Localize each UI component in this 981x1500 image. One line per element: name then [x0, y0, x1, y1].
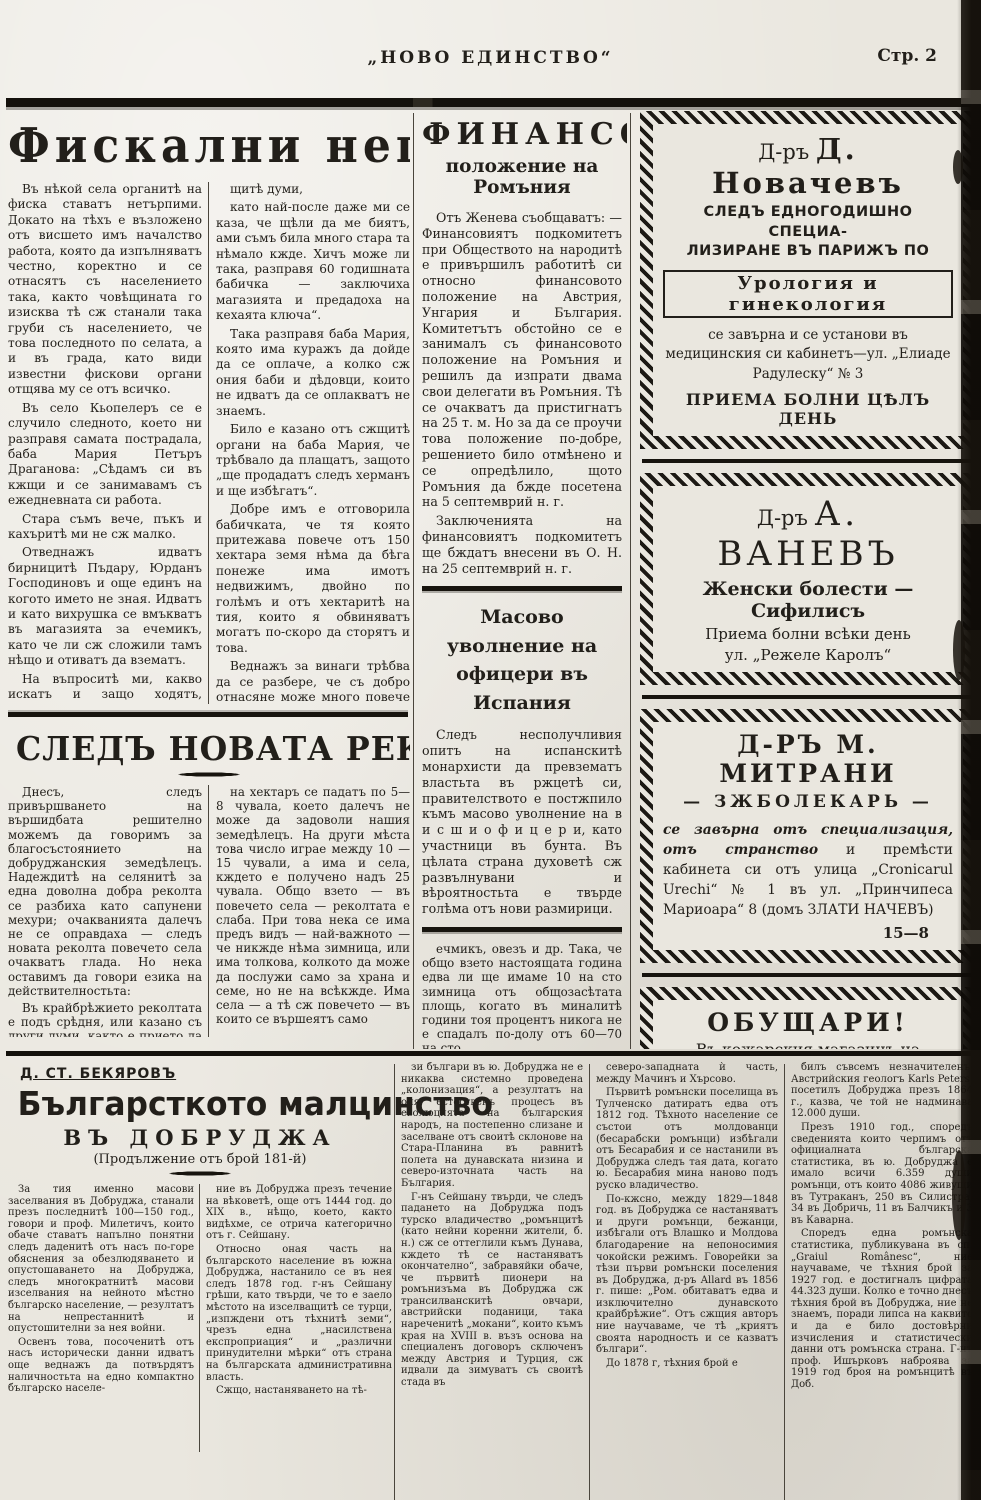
ad-separator-rule	[642, 459, 974, 463]
column-divider	[630, 113, 631, 1049]
ad-hours-line: Приема болни всѣки день	[663, 625, 953, 643]
ad-run-number: 15—8	[663, 924, 953, 942]
bottom-col-5: билъ съвсемъ незначителенъ. Австрийския …	[787, 1062, 977, 1500]
column-divider	[784, 1064, 785, 1500]
ornament-divider	[172, 772, 246, 777]
spain-title: Масово уволнение на офицери въ Испания	[428, 603, 616, 717]
harvest-col-2: на хектаръ се падатъ по 5—8 чувала, коет…	[208, 785, 410, 1037]
paragraph: Първитѣ ромънски поселища въ Тулченско д…	[596, 1087, 778, 1191]
paragraph: Отъ Женева съобщаватъ: — Финансовиятъ по…	[422, 210, 622, 510]
masthead: „НОВО ЕДИНСТВО“ Стр. 2	[0, 0, 981, 94]
paragraph: Въ село Кьопелеръ се е случило следното,…	[8, 401, 202, 509]
author-byline: Д. СТ. БЕКЯРОВЪ	[20, 1066, 392, 1082]
spec-line-2: ЛИЗИРАНЕ ВЪ ПАРИЖЪ ПО	[687, 243, 930, 259]
finance-title: ФИНАНСОВОТО	[422, 117, 622, 152]
masthead-rule	[6, 98, 975, 107]
paragraph: Отведнажъ идватъ бирницитѣ Пъдару, Юрдан…	[8, 545, 202, 668]
continuation-note: (Продължение отъ брой 181-й)	[8, 1152, 392, 1167]
spec-line-1: СЛЕДЪ ЕДНОГОДИШНО СПЕЦИА-	[704, 204, 913, 240]
ornament-divider	[163, 1171, 237, 1176]
ad-body-text: се завърна и се установи въ медицинския …	[663, 326, 953, 385]
harvest-continuation: ечмикъ, овезъ и др. Така, че общо взето …	[422, 942, 622, 1049]
ad-vanev: Д-ръ А. ВАНЕВЪ Женски болести — Сифилисъ…	[640, 473, 976, 685]
finance-body: Отъ Женева съобщаватъ: — Финансовиятъ по…	[422, 210, 622, 576]
fiscal-col-1: Въ нѣкой села органитѣ на фиска ставатъ …	[8, 182, 208, 704]
scan-smudge	[952, 1150, 966, 1240]
doctor-prefix: Д-ръ	[757, 506, 808, 530]
paragraph: По-кжсно, между 1829—1848 год. въ Добруд…	[596, 1194, 778, 1356]
paragraph: ечмикъ, овезъ и др. Така, че общо взето …	[422, 942, 622, 1049]
ad-dzhendov-inner: ОБУЩАРИ! Въ кожарския магазинъ на ТОДОРЪ…	[653, 1000, 963, 1049]
main-content: Фискални неправди Въ нѣкой села органитѣ…	[0, 107, 981, 1049]
ads-column: Д-ръ Д. Новачевъ СЛЕДЪ ЕДНОГОДИШНО СПЕЦИ…	[634, 107, 980, 1049]
bottom-section-rule	[6, 1051, 975, 1056]
section-rule	[8, 712, 408, 717]
ad-mitrani: Д-РЪ М. МИТРАНИ — ЗЖБОЛЕКАРЬ — се завърн…	[640, 709, 976, 963]
ad-intro-line: Въ кожарския магазинъ на	[663, 1041, 953, 1049]
bottom-header-and-cols: Д. СТ. БЕКЯРОВЪ Българсткото малцинство …	[8, 1062, 392, 1500]
paragraph: Стара съмъ вече, пъкъ и кахъритѣ ми не с…	[8, 512, 202, 543]
paragraph: Освенъ това, посоченитѣ отъ насъ историч…	[8, 1337, 194, 1395]
ad-headline: ОБУЩАРИ!	[663, 1008, 953, 1037]
section-rule	[422, 586, 622, 591]
fiscal-col-2: щитѣ думи,като най-после даже ми се каза…	[208, 182, 410, 704]
paragraph: на хектаръ се падатъ по 5—8 чувала, коет…	[216, 785, 410, 1026]
specialization-line: СЛЕДЪ ЕДНОГОДИШНО СПЕЦИА- ЛИЗИРАНЕ ВЪ ПА…	[663, 203, 953, 262]
doctor-prefix: Д-ръ	[758, 140, 809, 164]
ad-vanev-inner: Д-ръ А. ВАНЕВЪ Женски болести — Сифилисъ…	[653, 486, 963, 672]
paragraph: Относно оная часть на българското населе…	[206, 1244, 392, 1383]
paragraph: Въ крайбрѣжието реколтата е подъ срѣдня,…	[8, 1001, 202, 1037]
ad-separator-rule	[642, 973, 974, 977]
ad-specialty-line: Женски болести — Сифилисъ	[663, 578, 953, 622]
ad-body-text: се завърна отъ специализация, отъ странс…	[663, 820, 953, 920]
bottom-article-title: Българсткото малцинство	[18, 1084, 383, 1123]
paragraph: Така разправя баба Мария, която има кура…	[216, 327, 410, 419]
bottom-article: Д. СТ. БЕКЯРОВЪ Българсткото малцинство …	[0, 1058, 981, 1500]
paragraph: На въпроситѣ ми, какво искатъ и защо ход…	[8, 672, 202, 704]
newspaper-page: „НОВО ЕДИНСТВО“ Стр. 2 Фискални неправди…	[0, 0, 981, 1500]
ad-dzhendov: ОБУЩАРИ! Въ кожарския магазинъ на ТОДОРЪ…	[640, 987, 976, 1049]
fiscal-article-body: Въ нѣкой села органитѣ на фиска ставатъ …	[8, 182, 410, 704]
spain-body: Следъ несполучливия опитъ на испанскитѣ …	[422, 727, 622, 917]
paragraph: Следъ несполучливия опитъ на испанскитѣ …	[422, 727, 622, 917]
ad-novachev: Д-ръ Д. Новачевъ СЛЕДЪ ЕДНОГОДИШНО СПЕЦИ…	[640, 111, 976, 449]
middle-column-block: ФИНАНСОВОТО положение на Ромъния Отъ Жен…	[417, 107, 627, 1049]
ad-mitrani-inner: Д-РЪ М. МИТРАНИ — ЗЖБОЛЕКАРЬ — се завърн…	[653, 722, 963, 950]
paragraph: Добре имъ е отговорила бабичката, че тя …	[216, 502, 410, 656]
paragraph: Било е казано отъ сжщитѣ органи на баба …	[216, 422, 410, 499]
paragraph: ние въ Добруджа презъ течение на вѣковет…	[206, 1184, 392, 1242]
bottom-col-1: За тия именно масови заселвания въ Добру…	[8, 1184, 199, 1452]
paragraph: Презъ 1910 год., споредъ сведенията коит…	[791, 1122, 973, 1226]
section-rule	[422, 927, 622, 932]
paragraph: Споредъ една ромънска статистика, публик…	[791, 1228, 973, 1390]
column-divider	[589, 1064, 590, 1500]
ad-novachev-inner: Д-ръ Д. Новачевъ СЛЕДЪ ЕДНОГОДИШНО СПЕЦИ…	[653, 124, 963, 436]
bottom-two-columns: За тия именно масови заселвания въ Добру…	[8, 1184, 392, 1452]
ad-address-line: ул. „Режеле Каролъ“	[663, 646, 953, 664]
paragraph: За тия именно масови заселвания въ Добру…	[8, 1184, 194, 1335]
doctor-name-line: Д-ръ А. ВАНЕВЪ	[663, 494, 953, 574]
paragraph: Веднажъ за винаги трѣбва да се разбере, …	[216, 659, 410, 704]
bottom-col-2: ние въ Добруджа презъ течение на вѣковет…	[199, 1184, 392, 1452]
paragraph: билъ съвсемъ незначителенъ. Австрийския …	[791, 1062, 973, 1120]
ad-specialty-line: — ЗЖБОЛЕКАРЬ —	[663, 792, 953, 812]
page-number: Стр. 2	[877, 46, 937, 66]
paragraph: като най-после даже ми се каза, че щѣли …	[216, 200, 410, 323]
fiscal-headline: Фискални неправди	[8, 119, 410, 174]
bottom-col-3: зи българи въ ю. Добруджа не е никаква с…	[397, 1062, 587, 1500]
doctor-name: А. ВАНЕВЪ	[717, 494, 898, 574]
scan-smudge	[953, 150, 963, 184]
ad-separator-rule	[642, 695, 974, 699]
column-divider	[413, 113, 414, 1049]
paragraph: Днесъ, следъ привършването на вършидбата…	[8, 785, 202, 998]
newspaper-title: „НОВО ЕДИНСТВО“	[0, 48, 981, 68]
ad-footer-text: ПРИЕМА БОЛНИ ЦѢЛЪ ДЕНЬ	[663, 390, 953, 428]
paragraph: Сжщо, настаняването на тѣ-	[206, 1385, 392, 1397]
paragraph: Въ нѣкой села органитѣ на фиска ставатъ …	[8, 182, 202, 398]
specialty-box: Урология и гинекология	[663, 270, 953, 318]
scan-smudge	[953, 620, 965, 680]
paragraph: щитѣ думи,	[216, 182, 410, 197]
harvest-headline: СЛЕДЪ НОВАТА РЕКОЛТА—ГЛАДЪ	[16, 729, 402, 768]
bottom-col-4: северо-западната ѝ часть, между Мачинъ и…	[592, 1062, 782, 1500]
harvest-col-1: Днесъ, следъ привършването на вършидбата…	[8, 785, 208, 1037]
paragraph: северо-западната ѝ часть, между Мачинъ и…	[596, 1062, 778, 1085]
paragraph: Заключенията на финансовиятъ подкомитетъ…	[422, 513, 622, 576]
bottom-article-subtitle: ВЪ ДОБРУДЖА	[8, 1125, 392, 1150]
paragraph: До 1878 г, тѣхния брой е	[596, 1358, 778, 1370]
doctor-name: Д-РЪ М. МИТРАНИ	[663, 730, 953, 788]
column-divider	[394, 1064, 395, 1500]
doctor-name-line: Д-ръ Д. Новачевъ	[663, 132, 953, 200]
paragraph: зи българи въ ю. Добруджа не е никаква с…	[401, 1062, 583, 1190]
finance-subtitle: положение на Ромъния	[422, 156, 622, 198]
left-column-block: Фискални неправди Въ нѣкой села органитѣ…	[8, 107, 410, 1049]
scan-artifact-edge	[957, 0, 981, 1500]
harvest-article-body: Днесъ, следъ привършването на вършидбата…	[8, 785, 410, 1037]
paragraph: Г-нъ Сейшану твърди, че следъ падането н…	[401, 1192, 583, 1389]
